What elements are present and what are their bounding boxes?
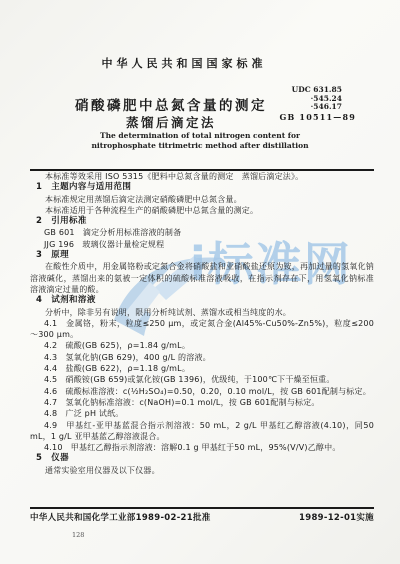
section4-heading: 4 试剂和溶液 (30, 295, 374, 306)
section5-para: 通常实验室用仪器及以下仪器。 (30, 465, 374, 476)
section1-heading: 1 主题内容与适用范围 (30, 182, 374, 193)
doc-title-en: The determination of total nitrogen cont… (0, 131, 400, 150)
footer: 中华人民共和国化学工业部1989-02-21批准 1989-12-01实施 (30, 511, 374, 523)
reagent-item-4-8: 4.8 广泛 pH 试纸。 (30, 408, 374, 419)
approval-text: 中华人民共和国化学工业部1989-02-21批准 (30, 511, 211, 523)
doc-title-en-line2: nitrophosphate titrimetric method after … (0, 141, 400, 151)
section1-para1: 本标准规定用蒸馏后滴定法测定硝酸磷肥中总氮含量。 (30, 194, 374, 205)
doc-title-en-line1: The determination of total nitrogen cont… (0, 131, 400, 141)
reagent-item-4-1: 4.1 金属铬，粉末，粒度≤250 μm，或定氮合金(Al45%-Cu50%-Z… (30, 318, 374, 341)
document-page: i标准网 中华人民共和国国家标准 UDC 631.85 ·545.24 ·546… (0, 0, 400, 564)
reagent-item-4-6: 4.6 硫酸标准溶液：c(½H₂SO₄)=0.50，0.20，0.10 mol/… (30, 386, 374, 397)
doc-title-cn-line1: 硝酸磷肥中总氮含量的测定 (0, 94, 342, 114)
standard-label: 中华人民共和国国家标准 (0, 55, 368, 71)
reagent-item-4-9: 4.9 甲基红-亚甲基蓝混合指示剂溶液：50 mL，2 g/L 甲基红乙醇溶液(… (30, 420, 374, 443)
footer-divider-rule (30, 507, 374, 509)
page-number: 128 (72, 531, 84, 539)
implementation-text: 1989-12-01实施 (299, 511, 374, 523)
doc-title-cn-line2: 蒸馏后滴定法 (0, 113, 342, 131)
reagent-item-4-10: 4.10 甲基红乙醇指示剂溶液：溶解0.1 g 甲基红于50 mL，95%(V/… (30, 442, 374, 453)
section2-ref1: GB 601 滴定分析用标准溶液的制备 (30, 227, 374, 238)
reagent-item-4-7: 4.7 氢氧化钠标准溶液：c(NaOH)=0.1 mol/L，按 GB 601配… (30, 397, 374, 408)
reagent-item-4-3: 4.3 氢氧化钠(GB 629)，400 g/L 的溶液。 (30, 352, 374, 363)
section3-para: 在酸性介质中，用金属铬粉或定氮合金将硝酸盐和亚硝酸盐还原为铵，再加过量的氢氧化钠… (30, 261, 374, 295)
section1-para2: 本标准适用于各种流程生产的硝酸磷肥中总氮含量的测定。 (30, 205, 374, 216)
section5-heading: 5 仪器 (30, 453, 374, 464)
section3-heading: 3 原理 (30, 250, 374, 261)
document-body: 本标准等效采用 ISO 5315《肥料中总氮含量的测定 蒸馏后滴定法》。 1 主… (30, 171, 374, 476)
reagent-item-4-2: 4.2 硫酸(GB 625)，ρ=1.84 g/mL。 (30, 340, 374, 351)
equivalence-note: 本标准等效采用 ISO 5315《肥料中总氮含量的测定 蒸馏后滴定法》。 (30, 171, 374, 182)
section2-ref2: JJG 196 玻璃仪器计量检定规程 (30, 239, 374, 250)
reagent-item-4-5: 4.5 硝酸铵(GB 659)或氯化铵(GB 1396)，优级纯，于100℃下干… (30, 374, 374, 385)
reagent-item-4-4: 4.4 盐酸(GB 622)，ρ=1.18 g/mL。 (30, 363, 374, 374)
section4-intro: 分析中，除非另有说明，限用分析纯试剂、蒸馏水或相当纯度的水。 (30, 307, 374, 318)
section2-heading: 2 引用标准 (30, 216, 374, 227)
